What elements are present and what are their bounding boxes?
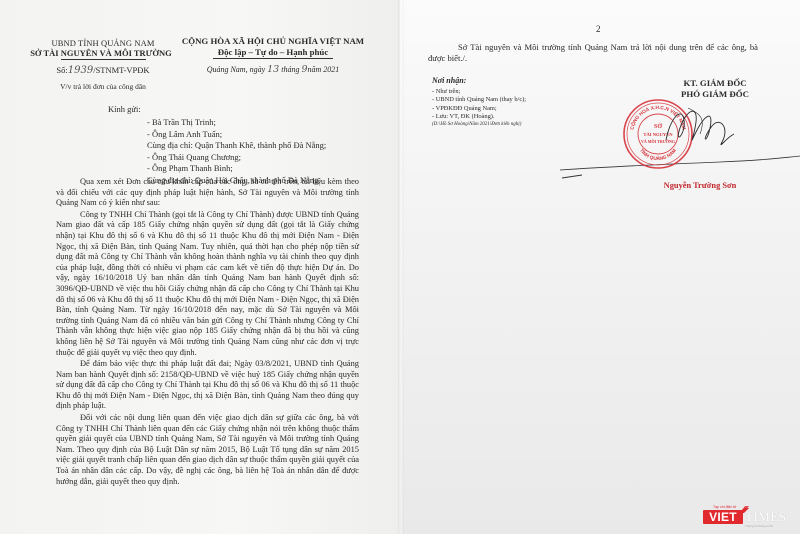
addressee-line: Cùng địa chỉ: Quận Thanh Khê, thành phố …	[147, 140, 326, 152]
document-number: Số:1939/STNMT-VPĐK	[28, 65, 178, 76]
date-month-label: tháng	[281, 65, 299, 74]
signatory-title-line1: KT. GIÁM ĐỐC	[655, 78, 775, 89]
date-place: Quảng Nam, ngày	[207, 65, 265, 74]
national-header-block: CỘNG HÒA XÃ HỘI CHỦ NGHĨA VIỆT NAM Độc l…	[178, 36, 368, 75]
distribution-item: - UBND tỉnh Quảng Nam (thay b/c);	[432, 96, 526, 104]
date-day-handwritten: 13	[267, 64, 279, 75]
closing-text: Sở Tài nguyên và Môi trường tỉnh Quảng N…	[428, 42, 758, 64]
greeting: Kính gửi:	[108, 104, 141, 114]
addressee-line: - Ông Lâm Anh Tuấn;	[147, 129, 326, 141]
document-subject: V/v trả lời đơn của công dân	[28, 82, 178, 91]
doc-number-handwritten: 1939	[68, 65, 93, 76]
signatory-title: KT. GIÁM ĐỐC PHÓ GIÁM ĐỐC	[655, 78, 775, 100]
viettimes-watermark: Tạp chí điện tử VIET TIMES Thông tin thô…	[703, 505, 798, 529]
issuing-agency: SỞ TÀI NGUYÊN VÀ MÔI TRƯỜNG	[24, 48, 178, 58]
distribution-item: - Lưu: VT, ĐK (Hoàng).	[432, 113, 526, 121]
signer-name: Nguyễn Trường Sơn	[640, 181, 760, 190]
body-paragraph: Qua xem xét Đơn cầu cứu khẩn cấp của các…	[56, 177, 359, 209]
file-path-note: (D:\Hồ Sơ Hoàng\Năm 2021\Đơn kiến nghị)	[432, 122, 521, 127]
date-year: năm 2021	[308, 65, 340, 74]
watermark-brand-viet: VIET	[703, 510, 743, 524]
distribution-item: - VPĐKĐĐ Quảng Nam;	[432, 105, 526, 113]
national-motto: Độc lập – Tự do – Hạnh phúc	[178, 47, 368, 57]
parent-agency: UBND TỈNH QUẢNG NAM	[28, 38, 178, 48]
page-fold-divider	[398, 0, 404, 534]
body-paragraph: Để đảm bảo việc thực thi pháp luật đất đ…	[56, 359, 359, 412]
addressee-line: - Ông Thái Quang Chương;	[147, 152, 326, 164]
document-page-1: UBND TỈNH QUẢNG NAM SỞ TÀI NGUYÊN VÀ MÔI…	[0, 0, 400, 534]
page-number: 2	[596, 24, 601, 34]
issuing-agency-block: UBND TỈNH QUẢNG NAM SỞ TÀI NGUYÊN VÀ MÔI…	[28, 38, 178, 91]
closing-paragraph: Sở Tài nguyên và Môi trường tỉnh Quảng N…	[428, 42, 758, 64]
distribution-list: - Như trên;- UBND tỉnh Quảng Nam (thay b…	[432, 88, 526, 122]
letter-body: Qua xem xét Đơn cầu cứu khẩn cấp của các…	[56, 177, 359, 488]
distribution-item: - Như trên;	[432, 88, 526, 96]
body-paragraph: Đối với các nội dung liên quan đến việc …	[56, 413, 359, 487]
header-underline	[61, 59, 146, 60]
body-paragraph: Công ty TNHH Chí Thành (gọi tắt là Công …	[56, 210, 359, 358]
motto-underline	[213, 58, 333, 59]
issue-date: Quảng Nam, ngày 13 tháng 9năm 2021	[178, 64, 368, 75]
addressee-line: - Bà Trần Thị Trinh;	[147, 117, 326, 129]
watermark-tagline: Thông tin thông minh	[745, 524, 773, 528]
doc-number-label: Số:	[56, 65, 67, 75]
handwritten-signature	[660, 98, 740, 158]
nation-title: CỘNG HÒA XÃ HỘI CHỦ NGHĨA VIỆT NAM	[178, 36, 368, 46]
addressee-line: - Ông Phạm Thanh Bình;	[147, 163, 326, 175]
watermark-brand-times: TIMES	[745, 510, 787, 524]
distribution-title: Nơi nhận:	[432, 76, 466, 85]
doc-number-suffix: /STNMT-VPĐK	[93, 65, 149, 75]
watermark-kicker: Tạp chí điện tử	[713, 505, 737, 509]
